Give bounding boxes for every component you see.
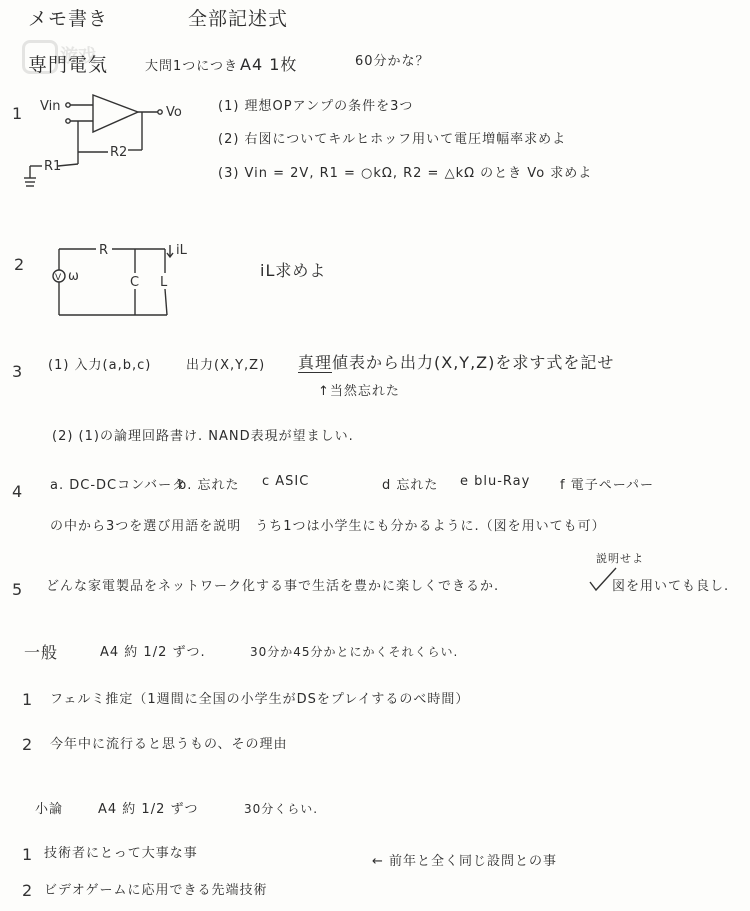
section-general-paper: A4 約 1/2 ずつ. (100, 641, 206, 660)
essay-item-2-text: ビデオゲームに応用できる先端技術 (44, 879, 267, 898)
section-general-label: 一般 (24, 640, 58, 663)
memo-title: メモ書き (28, 4, 108, 31)
source-label: V (55, 273, 62, 283)
q3-annotation: ↑当然忘れた (318, 380, 400, 399)
current-label: iL (176, 243, 188, 258)
q4-instruction: の中から3つを選び用語を説明 うち1つは小学生にも分かるように.（図を用いても可… (50, 515, 606, 534)
q3-part1-output: 出力(X,Y,Z) (186, 354, 265, 373)
opamp-circuit-diagram: Vin Vo R2 R1 (18, 90, 208, 190)
r2-label: R2 (110, 145, 127, 160)
q4-term-b: b. 忘れた (178, 474, 240, 493)
general-item-1-number: 1 (22, 690, 32, 709)
essay-item-2-number: 2 (22, 881, 32, 900)
section-specialty-rule: 大問1つにつき (145, 55, 238, 74)
section-specialty-paper: A4 1枚 (240, 52, 297, 75)
q5-text: どんな家電製品をネットワーク化する事で生活を豊かに楽しくできるか. (46, 575, 499, 594)
q4-term-e: e blu-Ray (460, 474, 530, 489)
q1-part-3: (3) Vin = 2V, R1 = ○kΩ, R2 = △kΩ のとき Vo … (218, 162, 592, 181)
rlc-circuit-diagram: R V ω C L iL (48, 245, 208, 320)
q4-term-d: d 忘れた (382, 474, 438, 493)
q1-part-1: (1) 理想OPアンプの条件を3つ (218, 95, 413, 114)
essay-note: ← 前年と全く同じ設問との事 (372, 850, 557, 869)
section-specialty-label: 専門電気 (28, 50, 108, 77)
q1-part-2: (2) 右図についてキルヒホッフ用いて電圧増幅率求めよ (218, 128, 566, 147)
section-essay-paper: A4 約 1/2 ずつ (98, 798, 198, 817)
vin-label: Vin (40, 99, 60, 114)
l-label: L (160, 275, 168, 290)
r1-label: R1 (44, 159, 61, 174)
essay-item-1-text: 技術者にとって大事な事 (44, 842, 198, 861)
q3-underlined-word: 真理 (298, 353, 332, 373)
q4-term-c: c ASIC (262, 474, 309, 489)
q2-text: iL求めよ (260, 258, 326, 281)
c-label: C (130, 275, 139, 290)
q4-term-a: a. DC-DCコンバータ (50, 474, 186, 493)
essay-item-1-number: 1 (22, 845, 32, 864)
general-item-2-number: 2 (22, 735, 32, 754)
q5-tail: 図を用いても良し. (612, 575, 729, 594)
section-essay-time: 30分くらい. (244, 800, 318, 817)
r-label: R (99, 243, 108, 258)
section-specialty-time: 60分かな？ (355, 50, 430, 69)
q3-part1-input: (1) 入力(a,b,c) (48, 354, 151, 373)
q3-number: 3 (12, 362, 22, 381)
q3-part2: (2) (1)の論理回路書け. NAND表現が望ましい. (52, 425, 354, 444)
q4-term-f: f 電子ペーパー (560, 474, 654, 493)
omega-label: ω (68, 269, 79, 284)
general-item-2-text: 今年中に流行ると思うもの、その理由 (50, 733, 287, 752)
q5-insert: 説明せよ (596, 550, 644, 566)
format-note: 全部記述式 (188, 4, 288, 31)
q5-number: 5 (12, 580, 22, 599)
q4-number: 4 (12, 482, 22, 501)
general-item-1-text: フェルミ推定（1週間に全国の小学生がDSをプレイするのべ時間） (50, 688, 469, 707)
q3-part1-rest: 値表から出力(X,Y,Z)を求す式を記せ (332, 353, 614, 372)
section-general-time: 30分か45分かとにかくそれくらい. (250, 643, 458, 660)
vo-label: Vo (166, 105, 182, 120)
q2-number: 2 (14, 255, 24, 274)
section-essay-label: 小論 (35, 798, 63, 817)
